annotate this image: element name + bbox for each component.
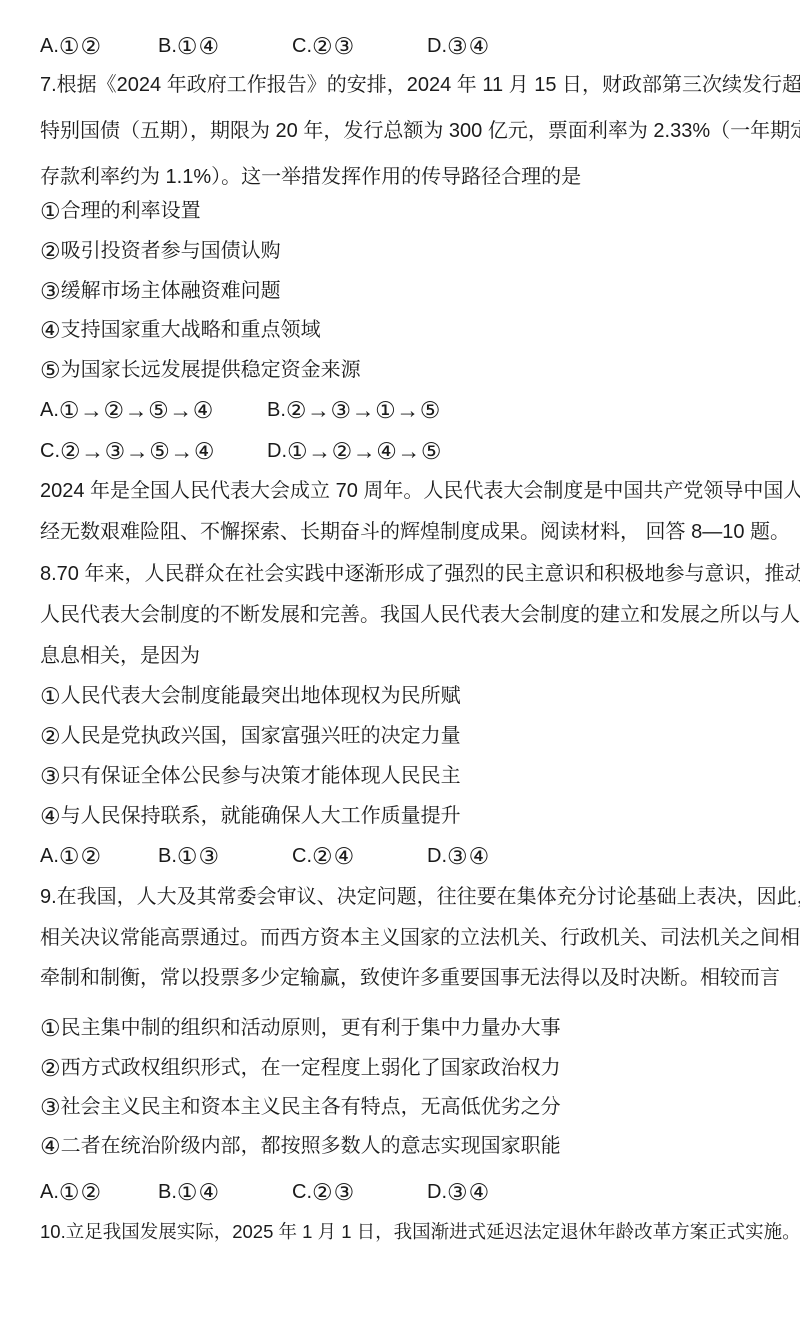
item-circled-number: ③: [40, 1094, 61, 1120]
item-text: 合理的利率设置: [61, 200, 201, 222]
item-text: 与人民保持联系，就能确保人大工作质量提升: [61, 805, 461, 827]
item-circled-number: ②: [40, 1055, 61, 1081]
option-label: A.: [40, 399, 59, 421]
option-label: B.: [158, 845, 177, 867]
question7-line-2: 特别国债（五期），期限为 20 年，发行总额为 300 亿元，票面利率为 2.3…: [40, 116, 800, 146]
prev-question-options-row: A.①② B.①④ C.②③ D.③④: [40, 31, 766, 61]
item-text: 人民代表大会制度能最突出地体现权为民所赋: [61, 685, 461, 707]
option-circled-numbers: ③④: [447, 1179, 490, 1205]
option-a: A.①②: [40, 31, 102, 61]
option-label: D.: [267, 440, 287, 462]
question9-options-row: A.①② B.①④ C.②③ D.③④: [40, 1177, 766, 1207]
question8-item-4: ④与人民保持联系，就能确保人大工作质量提升: [40, 801, 461, 831]
question8-line-1: 8.70 年来，人民群众在社会实践中逐渐形成了强烈的民主意识和积极地参与意识，推…: [40, 559, 800, 589]
question7-item-5: ⑤为国家长远发展提供稳定资金来源: [40, 355, 361, 385]
option-circled-numbers: ①②: [59, 1179, 102, 1205]
option-b: B.①④: [158, 1177, 220, 1207]
option-c: C.②③: [292, 1177, 355, 1207]
question8-item-3: ③只有保证全体公民参与决策才能体现人民民主: [40, 761, 461, 791]
item-text: 缓解市场主体融资难问题: [61, 280, 281, 302]
option-circled-numbers: ③④: [447, 843, 490, 869]
option-label: C.: [292, 845, 312, 867]
option-label: B.: [158, 35, 177, 57]
option-sequence: ②→③→⑤→④: [60, 438, 215, 464]
item-circled-number: ④: [40, 317, 61, 343]
item-circled-number: ①: [40, 683, 61, 709]
option-label: A.: [40, 1181, 59, 1203]
question9-line-2: 相关决议常能高票通过。而西方资本主义国家的立法机关、行政机关、司法机关之间相互: [40, 923, 800, 953]
question9-line-1: 9.在我国，人大及其常委会审议、决定问题，往往要在集体充分讨论基础上表决，因此，: [40, 882, 800, 912]
question9-line-3: 牵制和制衡，常以投票多少定输赢，致使许多重要国事无法得以及时决断。相较而言: [40, 963, 780, 993]
item-text: 吸引投资者参与国债认购: [61, 240, 281, 262]
question8-item-1: ①人民代表大会制度能最突出地体现权为民所赋: [40, 681, 461, 711]
item-circled-number: ②: [40, 723, 61, 749]
option-label: C.: [292, 1181, 312, 1203]
question7-item-4: ④支持国家重大战略和重点领域: [40, 315, 321, 345]
option-c: C.②→③→⑤→④: [40, 436, 215, 466]
option-d: D.③④: [427, 841, 490, 871]
option-a: A.①②: [40, 1177, 102, 1207]
option-c: C.②④: [292, 841, 355, 871]
exam-page: A.①② B.①④ C.②③ D.③④ 7.根据《2024 年政府工作报告》的安…: [0, 0, 800, 1317]
option-c: C.②③: [292, 31, 355, 61]
question8-options-row: A.①② B.①③ C.②④ D.③④: [40, 841, 766, 871]
question7-item-1: ①合理的利率设置: [40, 196, 201, 226]
item-text: 只有保证全体公民参与决策才能体现人民民主: [61, 765, 461, 787]
item-text: 民主集中制的组织和活动原则，更有利于集中力量办大事: [61, 1017, 561, 1039]
option-a: A.①→②→⑤→④: [40, 395, 214, 425]
item-text: 西方式政权组织形式，在一定程度上弱化了国家政治权力: [61, 1057, 561, 1079]
item-circled-number: ③: [40, 763, 61, 789]
item-circled-number: ③: [40, 278, 61, 304]
option-circled-numbers: ①②: [59, 33, 102, 59]
question8-line-3: 息息相关，是因为: [40, 641, 200, 671]
question9-item-1: ①民主集中制的组织和活动原则，更有利于集中力量办大事: [40, 1013, 561, 1043]
question7-options-row-1: A.①→②→⑤→④ B.②→③→①→⑤: [40, 395, 766, 425]
option-label: D.: [427, 35, 447, 57]
option-label: B.: [267, 399, 286, 421]
option-circled-numbers: ①④: [177, 33, 220, 59]
option-label: D.: [427, 1181, 447, 1203]
option-circled-numbers: ②④: [312, 843, 355, 869]
option-circled-numbers: ③④: [447, 33, 490, 59]
question7-options-row-2: C.②→③→⑤→④ D.①→②→④→⑤: [40, 436, 766, 466]
item-text: 为国家长远发展提供稳定资金来源: [61, 359, 361, 381]
question7-item-3: ③缓解市场主体融资难问题: [40, 276, 281, 306]
option-label: A.: [40, 35, 59, 57]
option-label: B.: [158, 1181, 177, 1203]
item-text: 二者在统治阶级内部，都按照多数人的意志实现国家职能: [61, 1135, 561, 1157]
question7-line-3: 存款利率约为 1.1%）。这一举措发挥作用的传导路径合理的是: [40, 162, 581, 192]
option-d: D.③④: [427, 1177, 490, 1207]
option-a: A.①②: [40, 841, 102, 871]
option-circled-numbers: ②③: [312, 1179, 355, 1205]
item-circled-number: ⑤: [40, 357, 61, 383]
option-label: C.: [40, 440, 60, 462]
option-circled-numbers: ②③: [312, 33, 355, 59]
question7-item-2: ②吸引投资者参与国债认购: [40, 236, 281, 266]
question7-line-1: 7.根据《2024 年政府工作报告》的安排，2024 年 11 月 15 日，财…: [40, 70, 800, 100]
item-circled-number: ②: [40, 238, 61, 264]
option-b: B.①③: [158, 841, 220, 871]
option-b: B.②→③→①→⑤: [267, 395, 441, 425]
option-circled-numbers: ①③: [177, 843, 220, 869]
option-sequence: ①→②→⑤→④: [59, 397, 214, 423]
item-circled-number: ①: [40, 1015, 61, 1041]
option-label: C.: [292, 35, 312, 57]
question8-item-2: ②人民是党执政兴国，国家富强兴旺的决定力量: [40, 721, 461, 751]
option-d: D.①→②→④→⑤: [267, 436, 442, 466]
item-text: 社会主义民主和资本主义民主各有特点，无高低优劣之分: [61, 1096, 561, 1118]
option-circled-numbers: ①②: [59, 843, 102, 869]
question9-item-3: ③社会主义民主和资本主义民主各有特点，无高低优劣之分: [40, 1092, 561, 1122]
material-intro-line-2: 经无数艰难险阻、不懈探索、长期奋斗的辉煌制度成果。阅读材料， 回答 8—10 题…: [40, 517, 790, 547]
item-text: 人民是党执政兴国，国家富强兴旺的决定力量: [61, 725, 461, 747]
option-label: A.: [40, 845, 59, 867]
option-d: D.③④: [427, 31, 490, 61]
option-label: D.: [427, 845, 447, 867]
item-circled-number: ④: [40, 1133, 61, 1159]
item-circled-number: ④: [40, 803, 61, 829]
question9-item-2: ②西方式政权组织形式，在一定程度上弱化了国家政治权力: [40, 1053, 561, 1083]
question8-line-2: 人民代表大会制度的不断发展和完善。我国人民代表大会制度的建立和发展之所以与人民: [40, 600, 800, 630]
item-text: 支持国家重大战略和重点领域: [61, 319, 321, 341]
option-sequence: ①→②→④→⑤: [287, 438, 442, 464]
question9-item-4: ④二者在统治阶级内部，都按照多数人的意志实现国家职能: [40, 1131, 561, 1161]
option-sequence: ②→③→①→⑤: [286, 397, 441, 423]
option-circled-numbers: ①④: [177, 1179, 220, 1205]
item-circled-number: ①: [40, 198, 61, 224]
material-intro-line-1: 2024 年是全国人民代表大会成立 70 周年。人民代表大会制度是中国共产党领导…: [40, 476, 800, 506]
question10-line-1: 10.立足我国发展实际，2025 年 1 月 1 日，我国渐进式延迟法定退休年龄…: [40, 1217, 800, 1247]
option-b: B.①④: [158, 31, 220, 61]
